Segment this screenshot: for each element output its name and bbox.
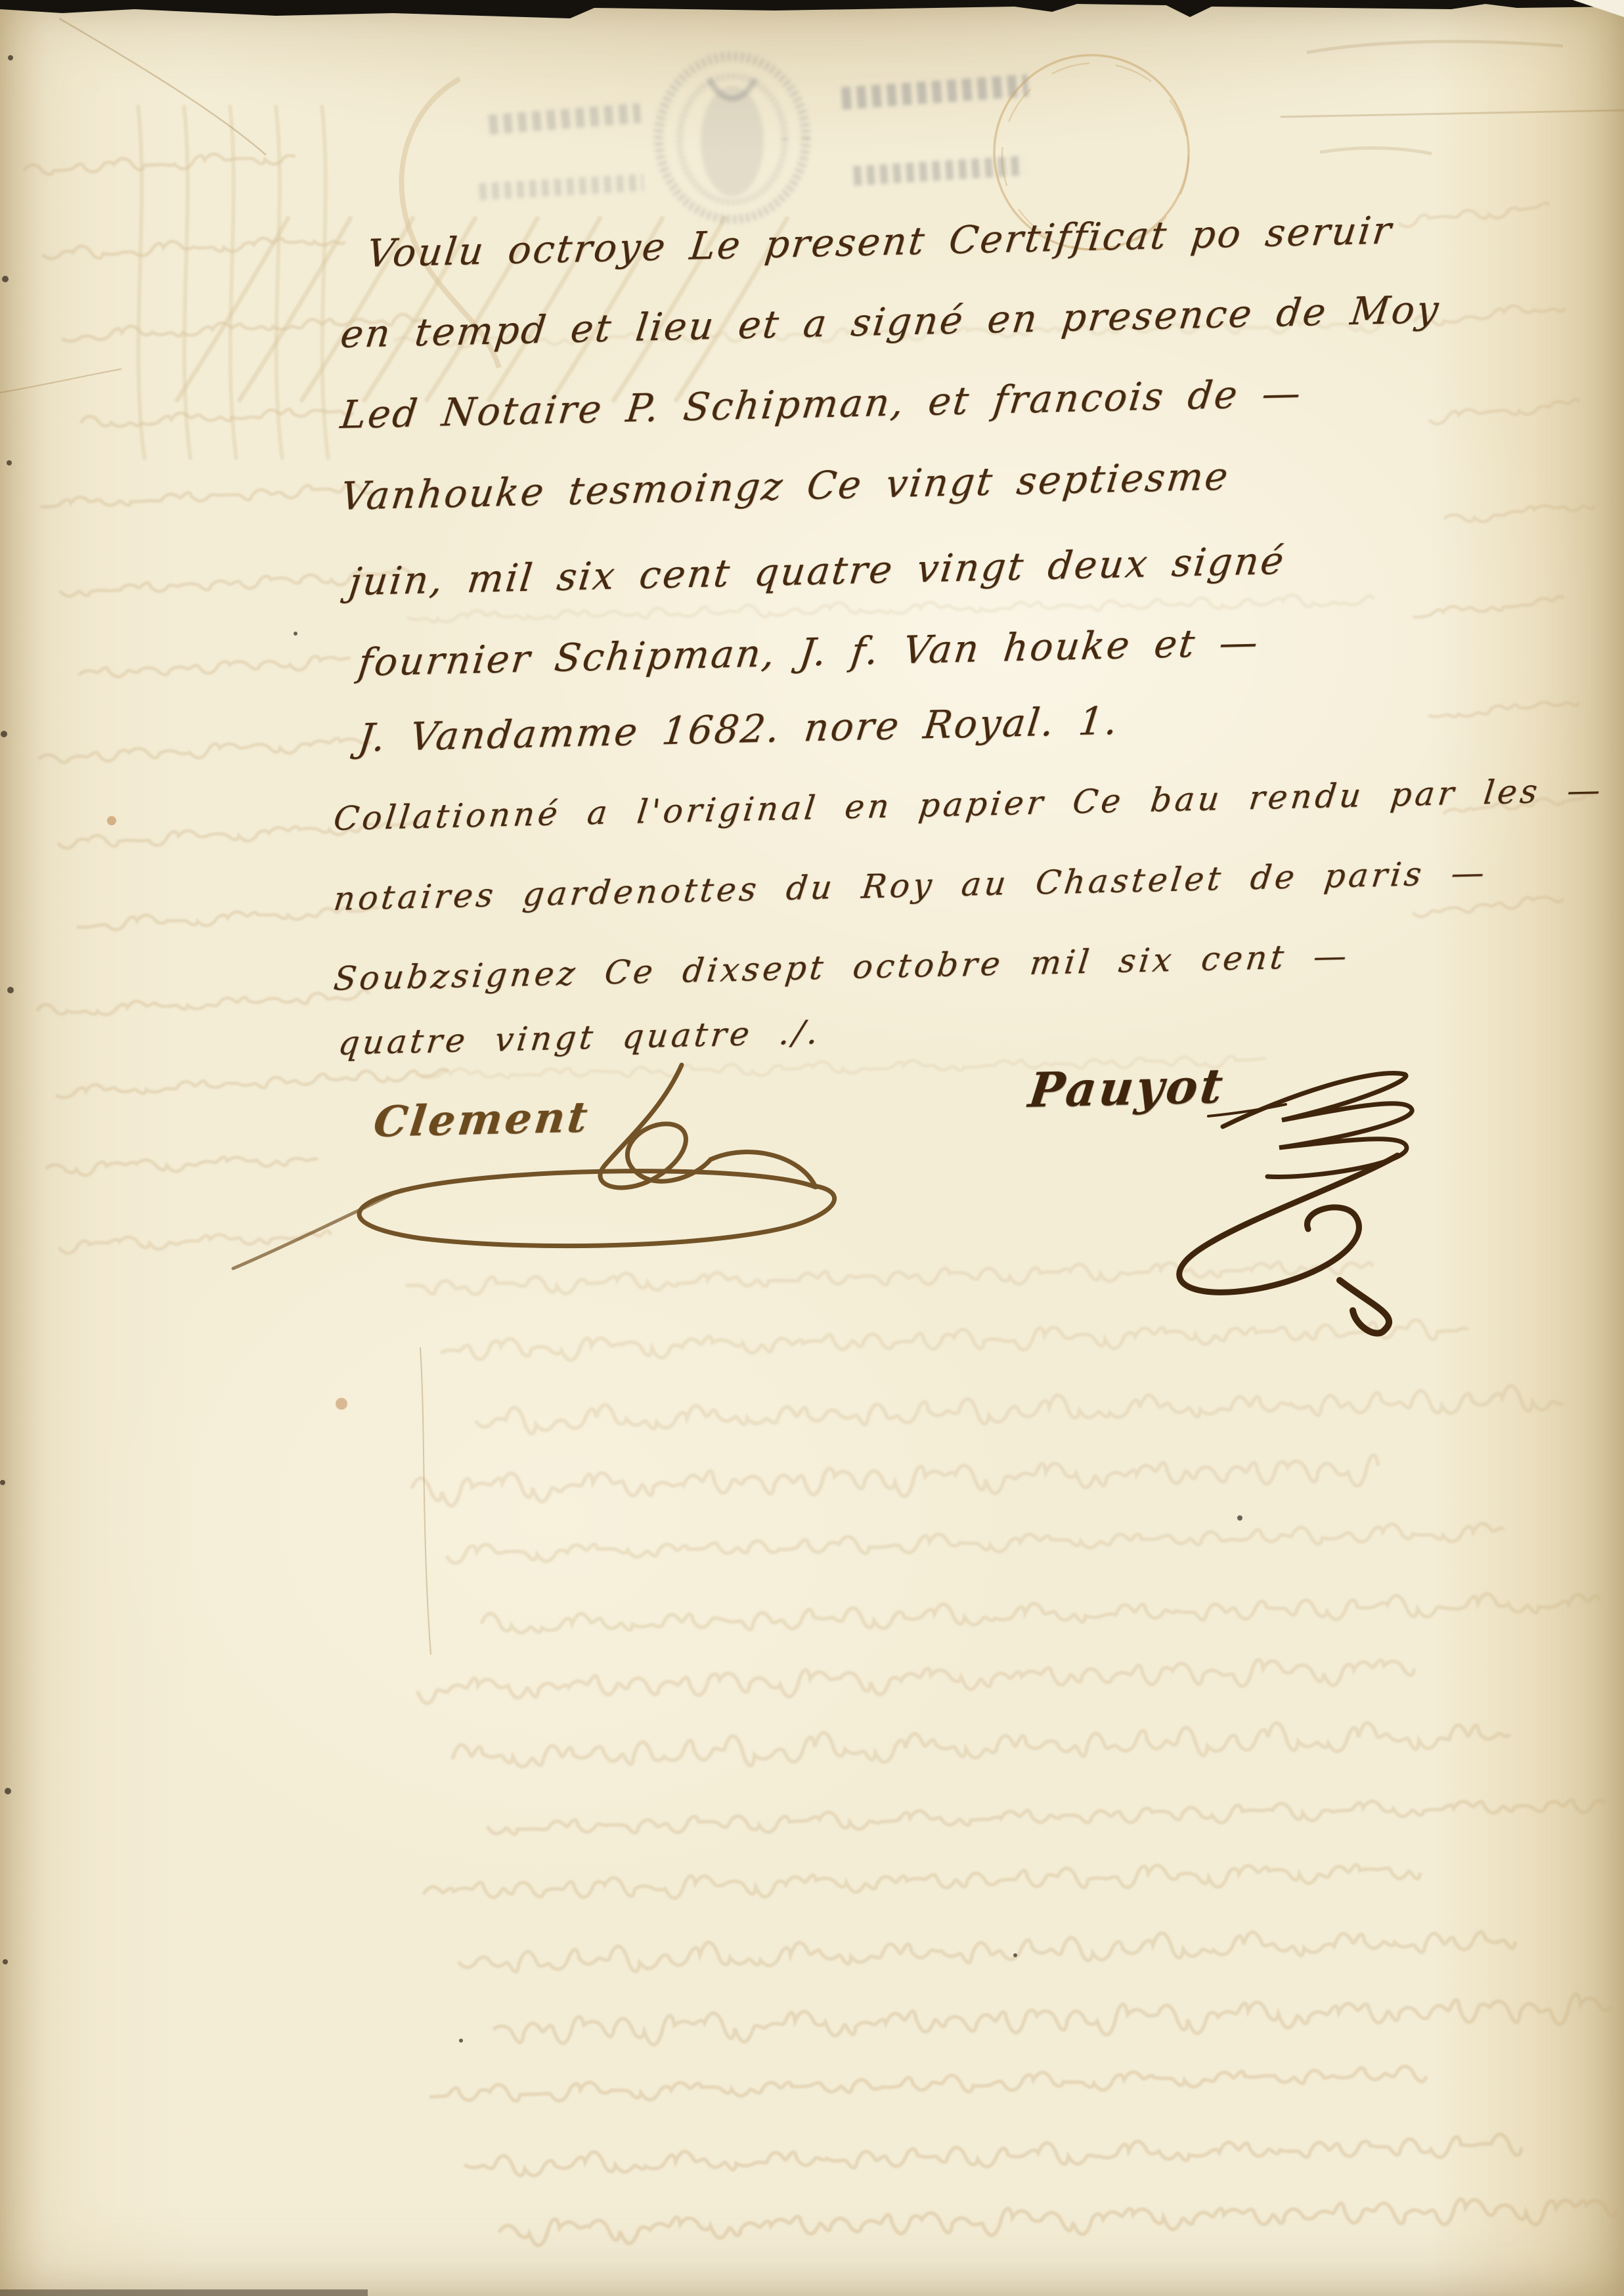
revenue-stamp-icon <box>479 56 1028 219</box>
manuscript-page: Voulu octroye Le present Certifficat po … <box>0 0 1624 2296</box>
bottom-edge-shadow <box>0 2289 368 2296</box>
signature-left: Clement <box>371 1093 592 1147</box>
rust-spot <box>107 816 116 825</box>
signature-right: Pauyot <box>1026 1058 1228 1118</box>
rust-spot <box>336 1398 347 1410</box>
torn-top-edge <box>0 0 1624 18</box>
